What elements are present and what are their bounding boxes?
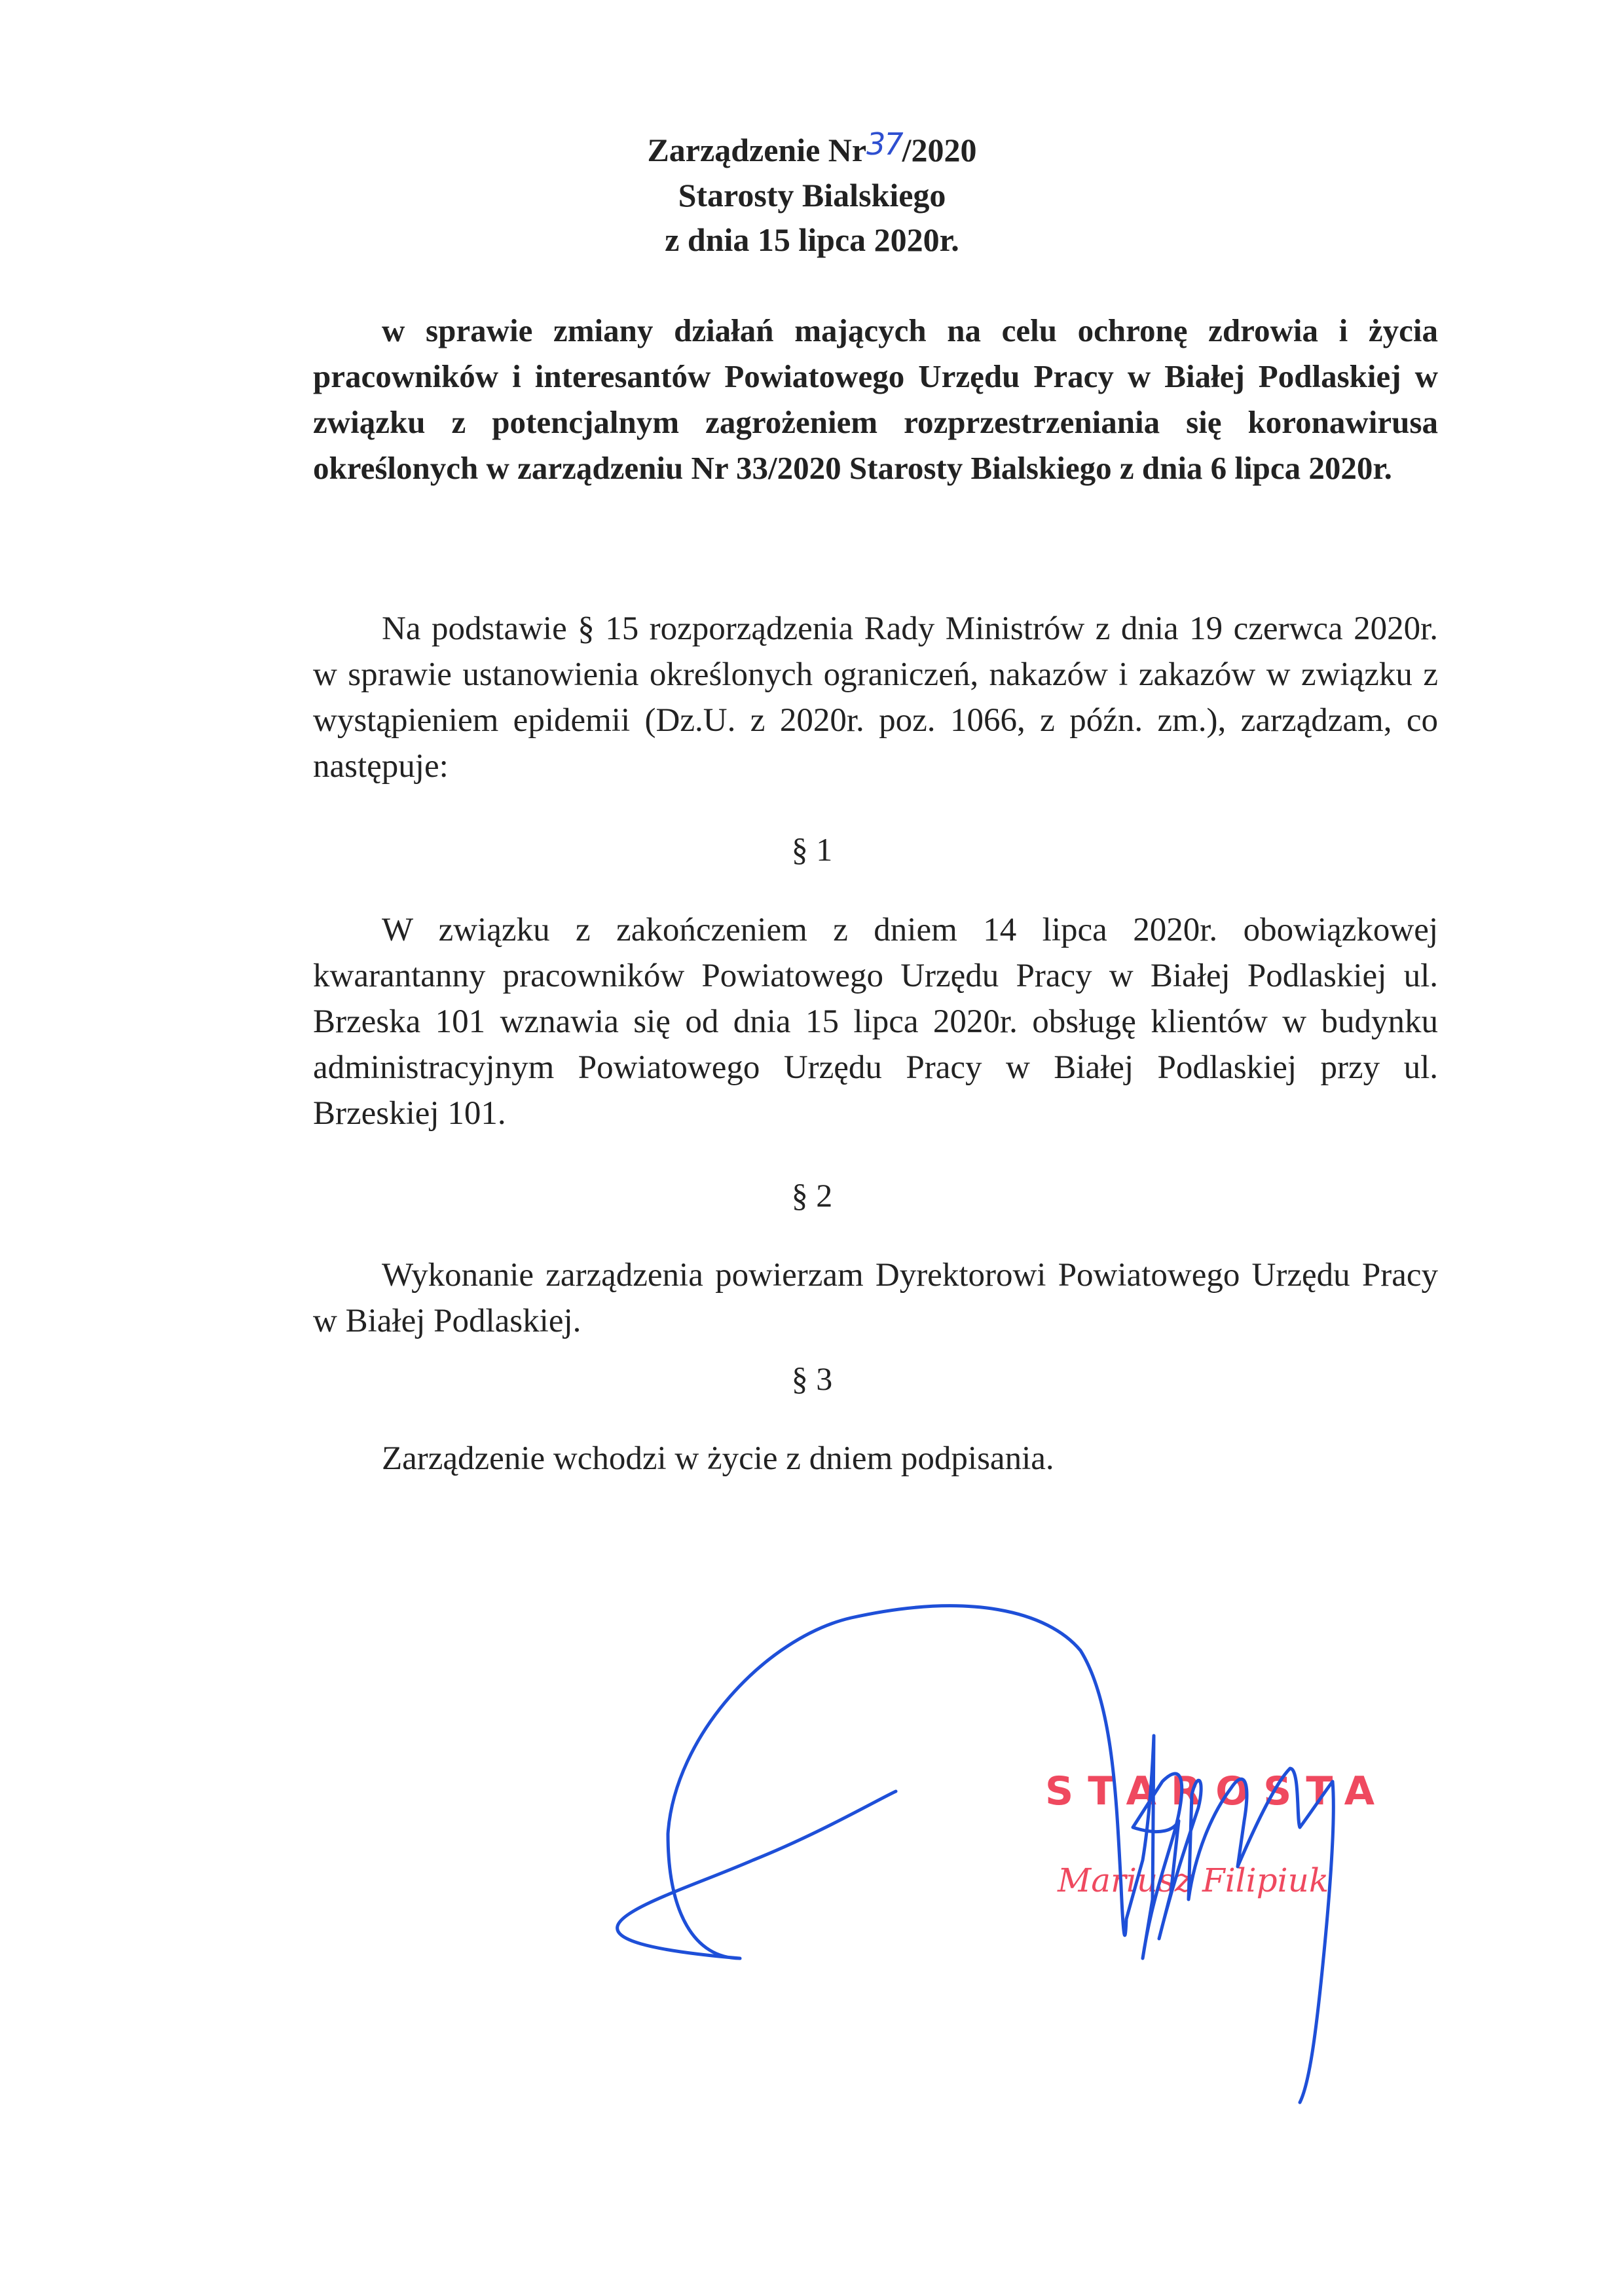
section-3-mark: § 3 [0, 1356, 1624, 1402]
legal-basis-paragraph: Na podstawie § 15 rozporządzenia Rady Mi… [313, 606, 1438, 789]
document-page: Zarządzenie Nr37/2020 Starosty Bialskieg… [0, 0, 1624, 2295]
document-header: Zarządzenie Nr37/2020 Starosty Bialskieg… [0, 128, 1624, 262]
section-1-text: W związku z zakończeniem z dniem 14 lipc… [313, 907, 1438, 1136]
document-title: Zarządzenie Nr37/2020 [0, 128, 1624, 173]
title-suffix: /2020 [902, 132, 977, 168]
section-3-text: Zarządzenie wchodzi w życie z dniem podp… [313, 1436, 1438, 1482]
title-prefix: Zarządzenie Nr [647, 132, 866, 168]
stamp-title: STAROSTA [1045, 1768, 1389, 1814]
section-1-mark: § 1 [0, 827, 1624, 872]
section-2-text: Wykonanie zarządzenia powierzam Dyrektor… [313, 1252, 1438, 1344]
issue-date: z dnia 15 lipca 2020r. [0, 217, 1624, 262]
issuer: Starosty Bialskiego [0, 173, 1624, 217]
handwritten-number: 37 [866, 126, 902, 162]
section-2-mark: § 2 [0, 1172, 1624, 1218]
subject-paragraph: w sprawie zmiany działań mających na cel… [313, 308, 1438, 491]
stamp-name: Mariusz Filipiuk [1058, 1861, 1329, 1899]
